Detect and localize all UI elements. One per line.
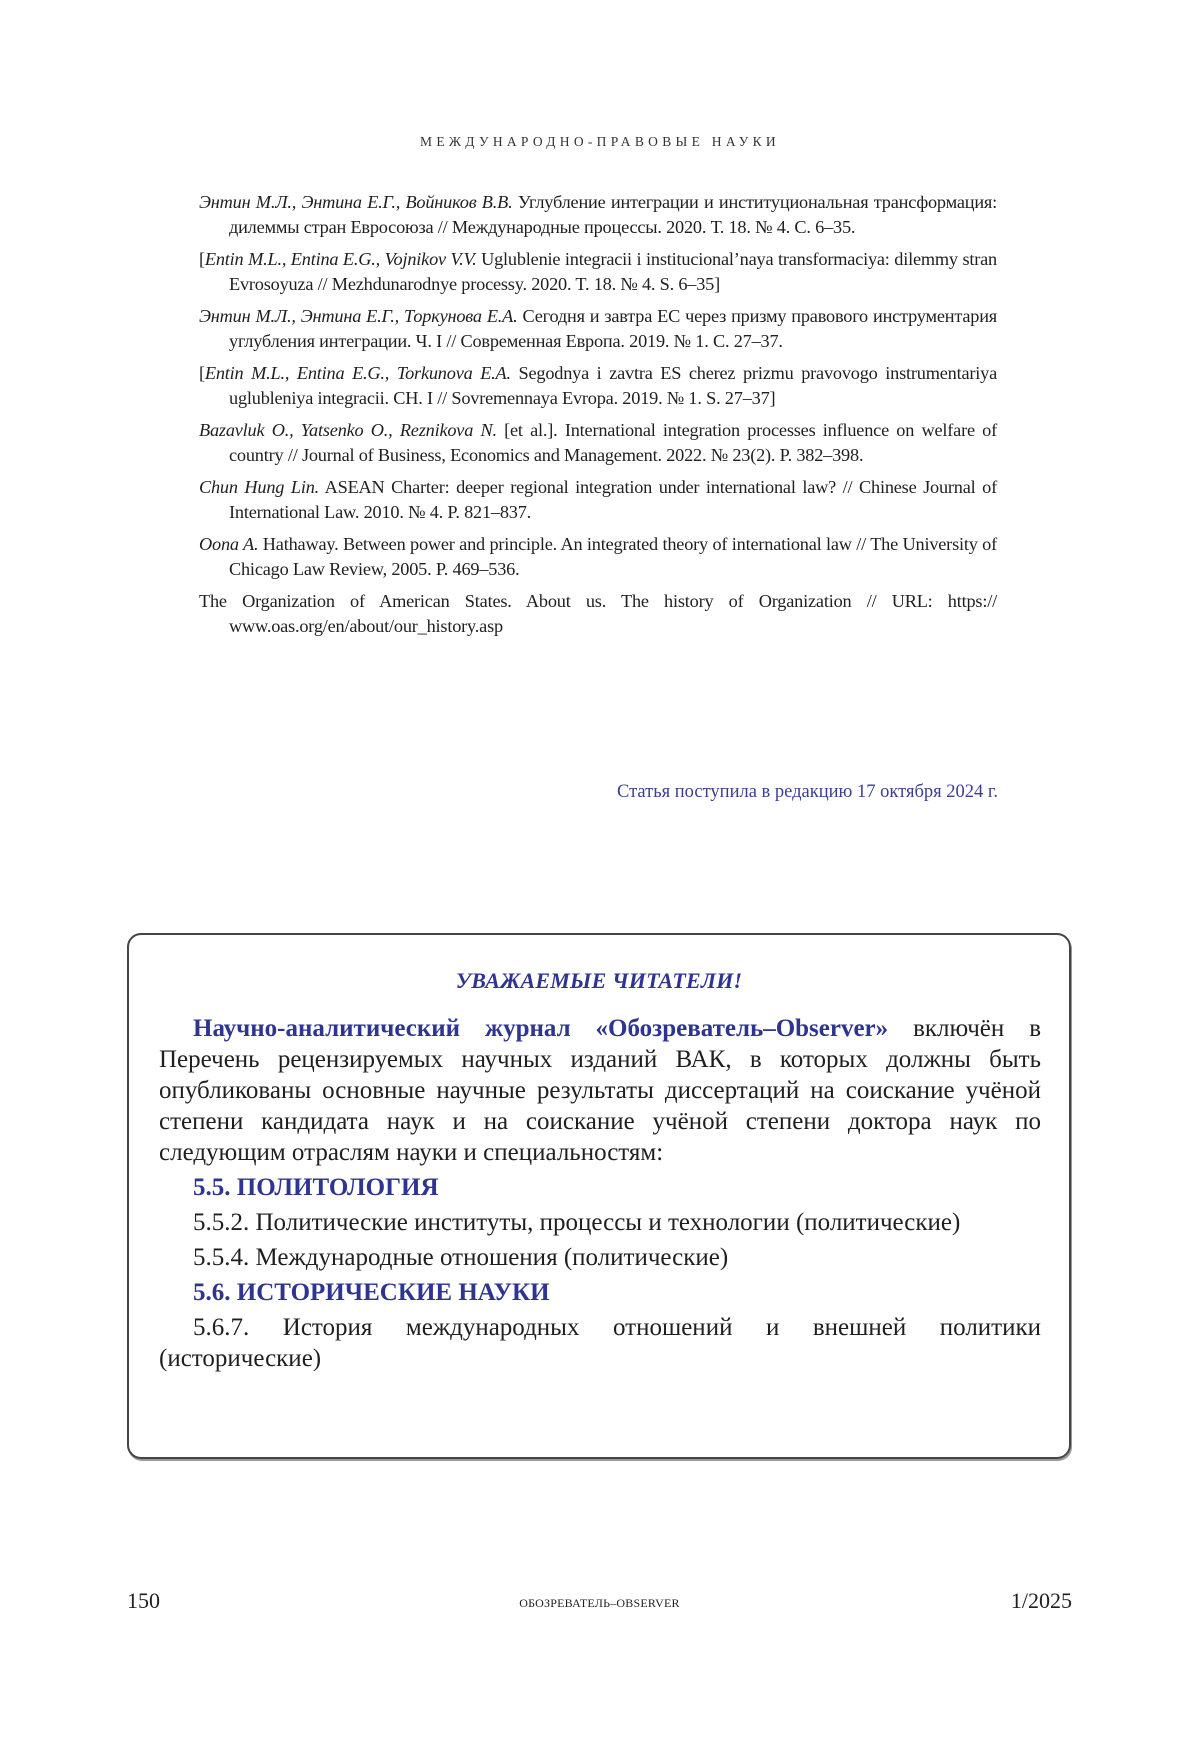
reference-authors: Oona A. <box>199 534 258 554</box>
notice-title: УВАЖАЕМЫЕ ЧИТАТЕЛИ! <box>129 968 1069 994</box>
reference-authors: Энтин М.Л., Энтина Е.Г., Войников В.В. <box>199 192 512 212</box>
reference-item: [Entin M.L., Entina E.G., Vojnikov V.V. … <box>199 247 997 297</box>
reference-item: Энтин М.Л., Энтина Е.Г., Торкунова Е.А. … <box>199 304 997 354</box>
journal-name: Научно-аналитический журнал «Обозревател… <box>193 1015 888 1042</box>
reference-authors: Энтин М.Л., Энтина Е.Г., Торкунова Е.А. <box>199 306 518 326</box>
reference-authors: Entin M.L., Entina E.G., Vojnikov V.V. <box>205 249 477 269</box>
issue-number: 1/2025 <box>1011 1588 1072 1614</box>
readers-notice-box: УВАЖАЕМЫЕ ЧИТАТЕЛИ! Научно-аналитический… <box>127 933 1071 1459</box>
reference-item: Bazavluk O., Yatsenko O., Reznikova N. [… <box>199 418 997 468</box>
reference-item: The Organization of American States. Abo… <box>199 589 997 639</box>
reference-link-text: The Organization of American States. Abo… <box>199 591 997 636</box>
notice-body: Научно-аналитический журнал «Обозревател… <box>159 1013 1041 1378</box>
reference-item: Chun Hung Lin. ASEAN Charter: deeper reg… <box>199 475 997 525</box>
reference-item: [Entin M.L., Entina E.G., Torkunova E.A.… <box>199 361 997 411</box>
specialty-item: 5.5.2. Политические институты, процессы … <box>159 1207 1041 1238</box>
notice-intro: Научно-аналитический журнал «Обозревател… <box>159 1013 1041 1168</box>
reference-item: Энтин М.Л., Энтина Е.Г., Войников В.В. У… <box>199 190 997 240</box>
reference-list: Энтин М.Л., Энтина Е.Г., Войников В.В. У… <box>199 190 997 646</box>
reference-authors: Entin M.L., Entina E.G., Torkunova E.A. <box>205 363 511 383</box>
reference-item: Oona A. Hathaway. Between power and prin… <box>199 532 997 582</box>
running-head: МЕЖДУНАРОДНО-ПРАВОВЫЕ НАУКИ <box>0 134 1200 150</box>
specialty-item: 5.6.7. История международных отношений и… <box>159 1312 1041 1374</box>
reference-authors: Bazavluk O., Yatsenko O., Reznikova N. <box>199 420 497 440</box>
section-heading-history: 5.6. ИСТОРИЧЕСКИЕ НАУКИ <box>159 1277 1041 1308</box>
page-footer: 150 ОБОЗРЕВАТЕЛЬ–OBSERVER 1/2025 <box>127 1588 1072 1618</box>
journal-title: ОБОЗРЕВАТЕЛЬ–OBSERVER <box>127 1596 1072 1611</box>
reference-authors: Chun Hung Lin. <box>199 477 319 497</box>
section-heading-politology: 5.5. ПОЛИТОЛОГИЯ <box>159 1172 1041 1203</box>
received-date-note: Статья поступила в редакцию 17 октября 2… <box>617 782 998 803</box>
specialty-item: 5.5.4. Международные отношения (политиче… <box>159 1242 1041 1273</box>
